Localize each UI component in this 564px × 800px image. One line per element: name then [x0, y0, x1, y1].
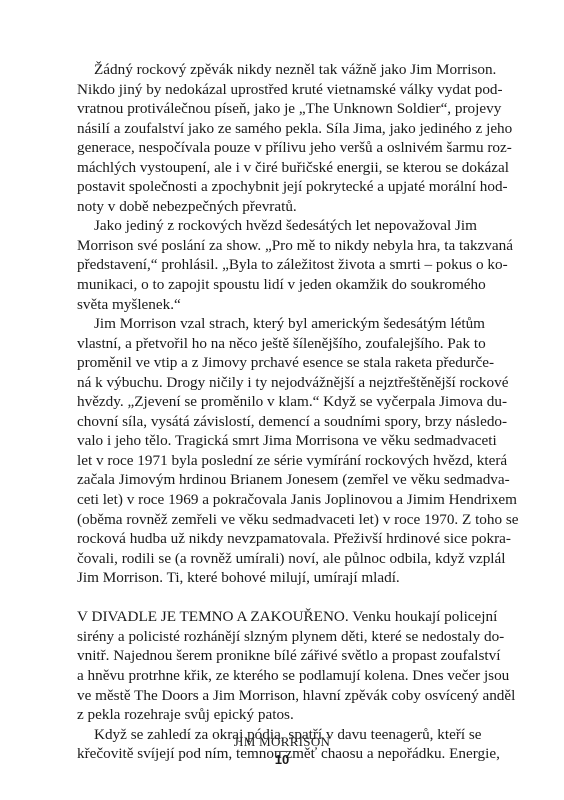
text-line: postavit společnosti a zpochybnit její p…: [77, 177, 474, 197]
text-line: Jim Morrison vzal strach, který byl amer…: [77, 314, 474, 334]
text-line: valo i jeho tělo. Tragická smrt Jima Mor…: [77, 431, 474, 451]
body-text: Žádný rockový zpěvák nikdy nezněl tak vá…: [77, 60, 474, 764]
page-footer: JIM MORRISON 10: [0, 735, 564, 767]
text-line: (oběma rovněž zemřeli ve věku sedmadvace…: [77, 510, 474, 530]
text-line: Morrison své poslání za show. „Pro mě to…: [77, 236, 474, 256]
text-line: světa myšlenek.“: [77, 295, 474, 315]
running-title: JIM MORRISON: [0, 735, 564, 749]
text-line: noty v době nebezpečných převratů.: [77, 197, 474, 217]
text-line: vlastní, a přetvořil ho na něco ještě ší…: [77, 334, 474, 354]
paragraph-2: Jako jediný z rockových hvězd šedesátých…: [77, 216, 474, 314]
text-line: proměnil ve vtip a z Jimovy prchavé esen…: [77, 353, 474, 373]
page-number: 10: [0, 753, 564, 767]
text-line: V DIVADLE JE TEMNO A ZAKOUŘENO. Venku ho…: [77, 607, 474, 627]
text-line: ceti let) v roce 1969 a pokračovala Jani…: [77, 490, 474, 510]
text-line: let v roce 1971 byla poslední ze série v…: [77, 451, 474, 471]
text-line: z pekla rozehraje svůj epický patos.: [77, 705, 474, 725]
text-line: násilí a zoufalství jako ze samého pekla…: [77, 119, 474, 139]
text-line: rocková hudba už nikdy nevzpamatovala. P…: [77, 529, 474, 549]
text-line: čovali, rodili se (a rovněž umírali) nov…: [77, 549, 474, 569]
text-line: hvězdy. „Zjevení se proměnilo v klam.“ K…: [77, 392, 474, 412]
text-line: začala Jimovým hrdinou Brianem Jonesem (…: [77, 470, 474, 490]
section-break: [77, 588, 474, 608]
book-page: Žádný rockový zpěvák nikdy nezněl tak vá…: [0, 0, 564, 800]
text-line: máchlých vystoupení, ale i v čiré buřičs…: [77, 158, 474, 178]
text-line: Jako jediný z rockových hvězd šedesátých…: [77, 216, 474, 236]
paragraph-3: Jim Morrison vzal strach, který byl amer…: [77, 314, 474, 588]
text-line: a hněvu protrhne křik, ze kterého se pod…: [77, 666, 474, 686]
text-line: chovní síla, vysátá závislostí, demencí …: [77, 412, 474, 432]
text-line: munikaci, o to zapojit spoustu lidí v je…: [77, 275, 474, 295]
paragraph-1: Žádný rockový zpěvák nikdy nezněl tak vá…: [77, 60, 474, 216]
text-line: Jim Morrison. Ti, které bohové milují, u…: [77, 568, 474, 588]
text-line: ná k výbuchu. Drogy ničily i ty nejodváž…: [77, 373, 474, 393]
text-line: vratnou protiválečnou píseň, jako je „Th…: [77, 99, 474, 119]
text-line: sirény a policisté rozhánějí slzným plyn…: [77, 627, 474, 647]
text-line: Žádný rockový zpěvák nikdy nezněl tak vá…: [77, 60, 474, 80]
text-line: generace, nespočívala pouze v přílivu je…: [77, 138, 474, 158]
paragraph-4: V DIVADLE JE TEMNO A ZAKOUŘENO. Venku ho…: [77, 607, 474, 724]
text-line: Nikdo jiný by nedokázal uprostřed kruté …: [77, 80, 474, 100]
text-line: vnitř. Najednou šerem pronikne bílé záři…: [77, 646, 474, 666]
text-line: představení,“ prohlásil. „Byla to záleži…: [77, 255, 474, 275]
text-line: ve městě The Doors a Jim Morrison, hlavn…: [77, 686, 474, 706]
